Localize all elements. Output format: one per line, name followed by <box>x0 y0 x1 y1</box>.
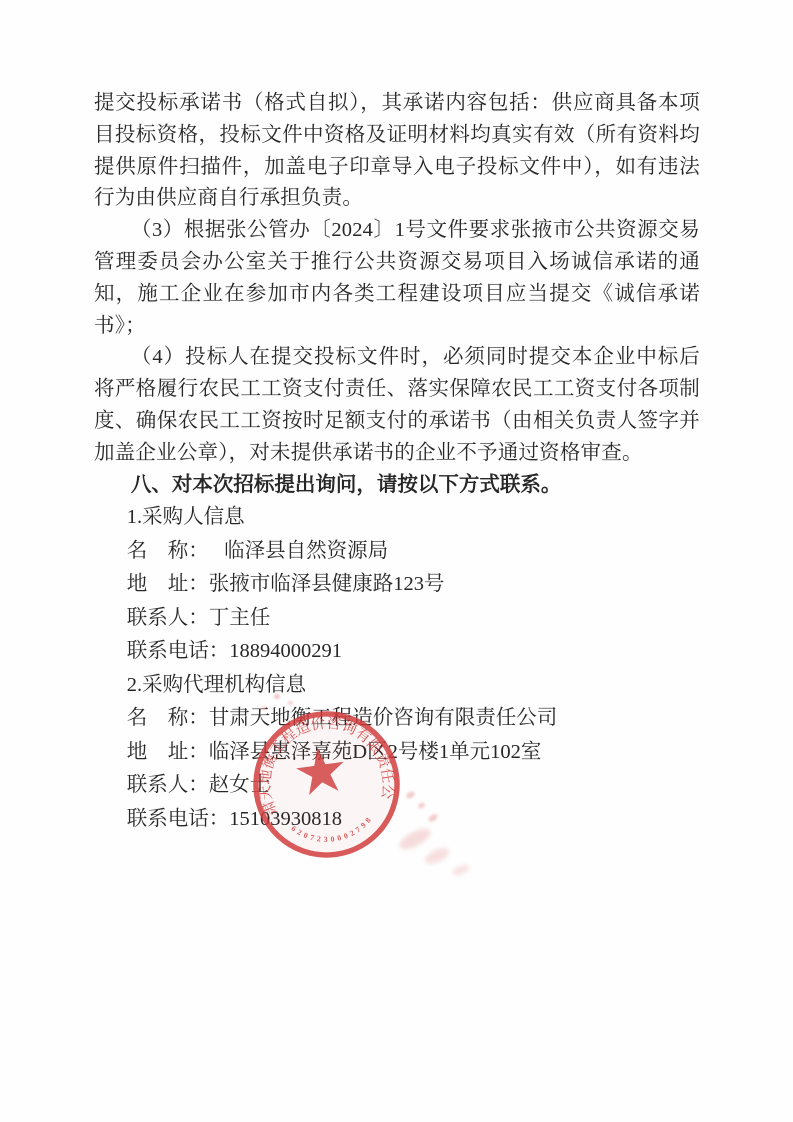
purchaser-name-value: 临泽县自然资源局 <box>224 540 388 562</box>
purchaser-section-label: 1.采购人信息 <box>94 501 700 535</box>
scanned-document-page: 提交投标承诺书（格式自拟），其承诺内容包括：供应商具备本项目投标资格，投标文件中… <box>0 0 793 1122</box>
purchaser-contact-value: 丁主任 <box>209 607 271 629</box>
purchaser-address-row: 地 址：张掖市临泽县健康路123号 <box>94 568 700 602</box>
purchaser-contact-label: 联系人： <box>127 607 209 629</box>
company-seal-stamp: 甘肃天地衡工程造价咨询有限责任公司 6207230002798 <box>239 697 414 872</box>
paragraph-item-3: （3）根据张公管办〔2024〕1号文件要求张掖市公共资源交易管理委员会办公室关于… <box>94 215 700 342</box>
purchaser-name-row: 名 称：临泽县自然资源局 <box>94 535 700 569</box>
purchaser-contact-row: 联系人：丁主任 <box>94 602 700 636</box>
section-heading-contact-methods: 八、对本次招标提出询问，请按以下方式联系。 <box>94 470 700 502</box>
agency-address-label: 地 址： <box>127 741 209 763</box>
agency-name-label: 名 称： <box>127 707 209 729</box>
agency-contact-label: 联系人： <box>127 774 209 796</box>
agency-section-label: 2.采购代理机构信息 <box>94 669 700 703</box>
ink-smudge <box>451 863 471 877</box>
ink-smudge <box>288 701 293 705</box>
ink-smudge <box>262 706 267 710</box>
purchaser-address-value: 张掖市临泽县健康路123号 <box>209 573 445 595</box>
purchaser-phone-row: 联系电话：18894000291 <box>94 635 700 669</box>
paragraph-bid-commitment: 提交投标承诺书（格式自拟），其承诺内容包括：供应商具备本项目投标资格，投标文件中… <box>94 88 700 215</box>
paragraph-item-4: （4）投标人在提交投标文件时，必须同时提交本企业中标后将严格履行农民工工资支付责… <box>94 342 700 469</box>
ink-smudge <box>423 845 452 867</box>
ink-smudge <box>274 694 280 699</box>
purchaser-phone-label: 联系电话： <box>127 640 230 662</box>
purchaser-name-label: 名 称： <box>127 540 209 562</box>
purchaser-address-label: 地 址： <box>127 573 209 595</box>
purchaser-phone-value: 18894000291 <box>229 640 342 662</box>
agency-phone-label: 联系电话： <box>127 808 230 830</box>
document-body: 提交投标承诺书（格式自拟），其承诺内容包括：供应商具备本项目投标资格，投标文件中… <box>94 88 700 836</box>
